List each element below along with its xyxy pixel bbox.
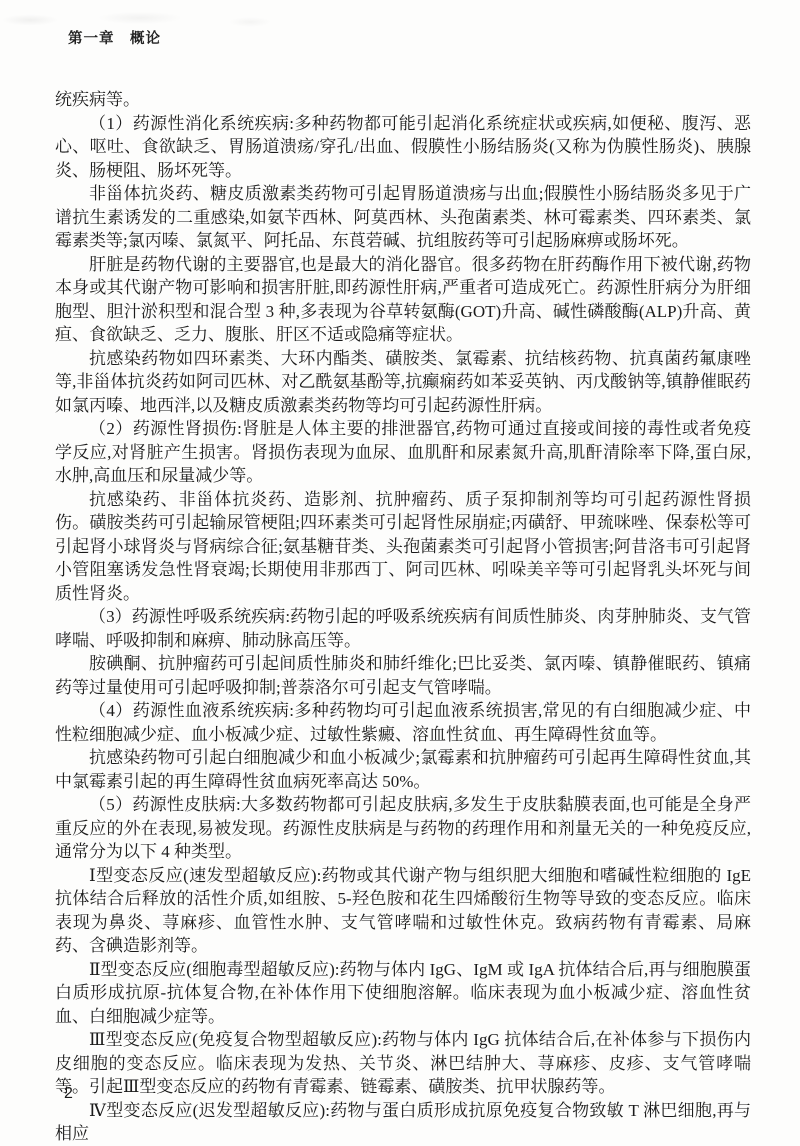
paragraph: 肝脏是药物代谢的主要器官,也是最大的消化器官。很多药物在肝药酶作用下被代谢,药物… <box>55 253 751 347</box>
paragraph: 胺碘酮、抗肿瘤药可引起间质性肺炎和肺纤维化;巴比妥类、氯丙嗪、镇静催眠药、镇痛药… <box>55 652 751 699</box>
paragraph: （2）药源性肾损伤:肾脏是人体主要的排泄器官,药物可通过直接或间接的毒性或者免疫… <box>55 417 751 488</box>
paragraph: （1）药源性消化系统疾病:多种药物都可能引起消化系统症状或疾病,如便秘、腹泻、恶… <box>55 112 751 183</box>
book-page: 第一章 概论 统疾病等。 （1）药源性消化系统疾病:多种药物都可能引起消化系统症… <box>0 0 800 1146</box>
paragraph: 抗感染药物如四环素类、大环内酯类、磺胺类、氯霉素、抗结核药物、抗真菌药氟康唑等,… <box>55 347 751 418</box>
paragraph: 抗感染药、非甾体抗炎药、造影剂、抗肿瘤药、质子泵抑制剂等均可引起药源性肾损伤。磺… <box>55 488 751 606</box>
paragraph: 统疾病等。 <box>55 88 751 112</box>
paragraph: 抗感染药物可引起白细胞减少和血小板减少;氯霉素和抗肿瘤药可引起再生障碍性贫血,其… <box>55 746 751 793</box>
body-text: 统疾病等。 （1）药源性消化系统疾病:多种药物都可能引起消化系统症状或疾病,如便… <box>55 88 751 1146</box>
paragraph: Ⅳ型变态反应(迟发型超敏反应):药物与蛋白质形成抗原免疫复合物致敏 T 淋巴细胞… <box>55 1099 751 1146</box>
paragraph: （4）药源性血液系统疾病:多种药物均可引起血液系统损害,常见的有白细胞减少症、中… <box>55 699 751 746</box>
paragraph: Ⅱ型变态反应(细胞毒型超敏反应):药物与体内 IgG、IgM 或 IgA 抗体结… <box>55 958 751 1029</box>
paragraph: Ⅰ型变态反应(速发型超敏反应):药物或其代谢产物与组织肥大细胞和嗜碱性粒细胞的 … <box>55 864 751 958</box>
paragraph: （3）药源性呼吸系统疾病:药物引起的呼吸系统疾病有间质性肺炎、肉芽肿肺炎、支气管… <box>55 605 751 652</box>
paragraph: 非甾体抗炎药、糖皮质激素类药物可引起胃肠道溃疡与出血;假膜性小肠结肠炎多见于广谱… <box>55 182 751 253</box>
page-number: 2 <box>64 1085 73 1103</box>
paragraph: Ⅲ型变态反应(免疫复合物型超敏反应):药物与体内 IgG 抗体结合后,在补体参与… <box>55 1028 751 1099</box>
chapter-running-header: 第一章 概论 <box>68 27 161 48</box>
paragraph: （5）药源性皮肤病:大多数药物都可引起皮肤病,多发生于皮肤黏膜表面,也可能是全身… <box>55 793 751 864</box>
